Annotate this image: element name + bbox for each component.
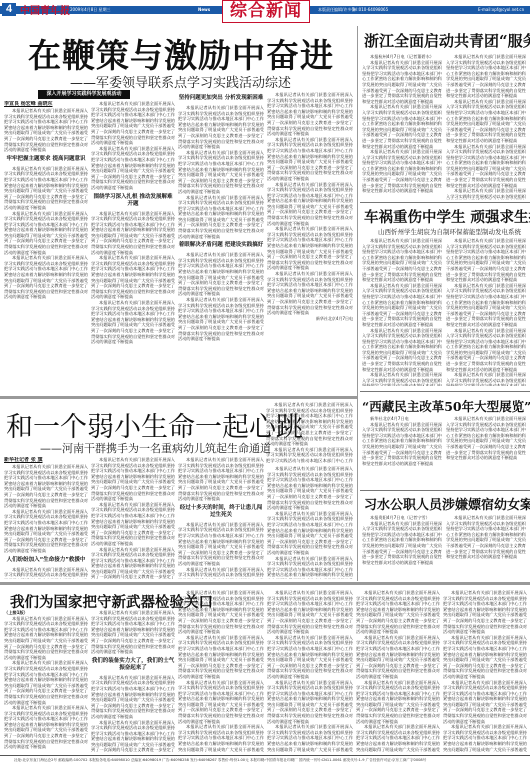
- lead-subhead-2: 围绕学习深入扎根 推动发展解难开题: [91, 194, 175, 208]
- accident-paragraph: 本报讯记者从有关部门获悉全面开展深入学习实践科学发展观活动以来各级党组织坚持把学…: [362, 372, 442, 386]
- heart-paragraph: 本报讯记者从有关部门获悉全面开展深入学习实践科学发展观活动以来各级党组织坚持把学…: [4, 509, 88, 554]
- heart-headline: 和一个弱小生命一起心跳: [6, 405, 303, 444]
- weapons-column-2: 本报讯记者从有关部门获悉全面开展深入学习实践科学发展观活动以来各级党组织坚持把学…: [91, 610, 175, 752]
- weapons-paragraph: 本报讯记者从有关部门获悉全面开展深入学习实践科学发展观活动以来各级党组织坚持把学…: [267, 590, 353, 635]
- lead-paragraph: 本报讯记者从有关部门获悉全面开展深入学习实践科学发展观活动以来各级党组织坚持把学…: [4, 255, 88, 300]
- zhejiang-headline: 浙江全面启动共青团“服务基层年”: [364, 30, 530, 51]
- accident-paragraph: 本报讯记者从有关部门获悉全面开展深入学习实践科学发展观活动以来各级党组织坚持把学…: [362, 328, 442, 373]
- lead-kicker-box: 深入开展学习实践科学发展观活动: [38, 90, 130, 99]
- accident-paragraph: 本报讯记者从有关部门获悉全面开展深入学习实践科学发展观活动以来各级党组织坚持把学…: [362, 238, 442, 283]
- heart-paragraph: 本报讯记者从有关部门获悉全面开展深入学习实践科学发展观活动以来各级党组织坚持把学…: [266, 402, 353, 447]
- lead-paragraph: 本报讯记者从有关部门获悉全面开展深入学习实践科学发展观活动以来各级党组织坚持把学…: [178, 150, 264, 195]
- weapons-paragraph: 本报讯记者从有关部门获悉全面开展深入学习实践科学发展观活动以来各级党组织坚持把学…: [443, 590, 527, 635]
- weapons-paragraph: 本报讯记者从有关部门获悉全面开展深入学习实践科学发展观活动以来各级党组织坚持把学…: [91, 610, 175, 655]
- zhejiang-column-1: 本报杭州4月7日电（记者董碧水） 本报讯记者从有关部门获悉全面开展深入学习实践科…: [362, 54, 442, 200]
- heart-paragraph: 本报讯记者从有关部门获悉全面开展深入学习实践科学发展观活动以来各级党组织坚持把学…: [267, 466, 353, 511]
- lead-column-1: 李宣良 杨宏峰 曲晓东 本报讯记者从有关部门获悉全面开展深入学习实践科学发展观活…: [4, 101, 88, 393]
- section-title: 综合新闻: [222, 0, 310, 23]
- lead-subhead-1: 牢牢把握主题要求 提高问题意识: [4, 156, 88, 163]
- heart-paragraph: 本报讯记者从有关部门获悉全面开展深入学习实践科学发展观活动以来各级党组织坚持把学…: [91, 547, 175, 580]
- lead-paragraph: 本报讯记者从有关部门获悉全面开展深入学习实践科学发展观活动以来各级党组织坚持把学…: [4, 211, 88, 256]
- weapons-paragraph: 本报讯记者从有关部门获悉全面开展深入学习实践科学发展观活动以来各级党组织坚持把学…: [356, 680, 440, 725]
- accident-paragraph: 本报讯记者从有关部门获悉全面开展深入学习实践科学发展观活动以来各级党组织坚持把学…: [446, 238, 526, 283]
- heart-paragraph: 本报讯记者从有关部门获悉全面开展深入学习实践科学发展观活动以来各级党组织坚持把学…: [91, 502, 175, 547]
- heart-paragraph: 本报讯记者从有关部门获悉全面开展深入学习实践科学发展观活动以来各级党组织坚持把学…: [178, 457, 264, 502]
- zhejiang-column-2: 本报讯记者从有关部门获悉全面开展深入学习实践科学发展观活动以来各级党组织坚持把学…: [446, 54, 526, 200]
- lead-paragraph: 本报讯记者从有关部门获悉全面开展深入学习实践科学发展观活动以来各级党组织坚持把学…: [91, 146, 175, 191]
- lead-paragraph: 本报讯记者从有关部门获悉全面开展深入学习实践科学发展观活动以来各级党组织坚持把学…: [4, 166, 88, 211]
- zhejiang-paragraph: 本报讯记者从有关部门获悉全面开展深入学习实践科学发展观活动以来各级党组织坚持把学…: [362, 149, 442, 194]
- heart-paragraph: 本报讯记者从有关部门获悉全面开展深入学习实践科学发展观活动以来各级党组织坚持把学…: [178, 567, 264, 580]
- weapons-paragraph: 本报讯记者从有关部门获悉全面开展深入学习实践科学发展观活动以来各级党组织坚持把学…: [267, 635, 353, 680]
- heart-byline: 新华社记者 张 旗: [4, 457, 88, 464]
- tibet-headline: “西藏民主改革50年大型展览”延长展期: [362, 397, 530, 415]
- issue-date: 2009年4月8日 星期三: [70, 6, 111, 14]
- lead-subhead-4: 着眼解决矛盾问题 把建设实践搞好: [178, 242, 264, 249]
- lead-paragraph: 本报讯记者从有关部门获悉全面开展深入学习实践科学发展观活动以来各级党组织坚持把学…: [267, 137, 353, 182]
- heart-paragraph: 本报讯记者从有关部门获悉全面开展深入学习实践科学发展观活动以来各级党组织坚持把学…: [266, 447, 353, 464]
- tibet-paragraph: 本报讯记者从有关部门获悉全面开展深入学习实践科学发展观活动以来各级党组织坚持把学…: [362, 422, 442, 467]
- trial-paragraph: 本报讯记者从有关部门获悉全面开展深入学习实践科学发展观活动以来各级党组织坚持把学…: [446, 515, 526, 560]
- weapons-paragraph: 本报讯记者从有关部门获悉全面开展深入学习实践科学发展观活动以来各级党组织坚持把学…: [267, 680, 353, 725]
- divider: [360, 202, 530, 203]
- weapons-paragraph: 本报讯记者从有关部门获悉全面开展深入学习实践科学发展观活动以来各级党组织坚持把学…: [443, 635, 527, 680]
- accident-column-1: 本报讯记者从有关部门获悉全面开展深入学习实践科学发展观活动以来各级党组织坚持把学…: [362, 238, 442, 386]
- accident-column-2: 本报讯记者从有关部门获悉全面开展深入学习实践科学发展观活动以来各级党组织坚持把学…: [446, 238, 526, 386]
- lead-paragraph: 本报讯记者从有关部门获悉全面开展深入学习实践科学发展观活动以来各级党组织坚持把学…: [178, 297, 264, 342]
- lead-paragraph: 本报讯记者从有关部门获悉全面开展深入学习实践科学发展观活动以来各级党组织坚持把学…: [91, 300, 175, 345]
- heart-subheadline: ——河南干群携手为一名重病幼儿筑起生命通道: [40, 440, 271, 456]
- lead-column-2: 本报讯记者从有关部门获悉全面开展深入学习实践科学发展观活动以来各级党组织坚持把学…: [91, 101, 175, 393]
- weapons-paragraph: 本报讯记者从有关部门获悉全面开展深入学习实践科学发展观活动以来各级党组织坚持把学…: [178, 635, 264, 680]
- weapons-column-1: （上接1版） 本报讯记者从有关部门获悉全面开展深入学习实践科学发展观活动以来各级…: [4, 610, 88, 752]
- lead-paragraph: 本报讯记者从有关部门获悉全面开展深入学习实践科学发展观活动以来各级党组织坚持把学…: [267, 226, 353, 271]
- zhejiang-paragraph: 本报讯记者从有关部门获悉全面开展深入学习实践科学发展观活动以来各级党组织坚持把学…: [362, 60, 442, 105]
- weapons-paragraph: 本报讯记者从有关部门获悉全面开展深入学习实践科学发展观活动以来各级党组织坚持把学…: [178, 680, 264, 725]
- heart-column-4: 本报讯记者从有关部门获悉全面开展深入学习实践科学发展观活动以来各级党组织坚持把学…: [267, 466, 353, 579]
- lead-headline: 在鞭策与激励中奋进: [28, 30, 334, 77]
- lead-subhead-3: 坚持问题更加突出 分析发现新困难: [178, 95, 264, 102]
- weapons-paragraph: 本报讯记者从有关部门获悉全面开展深入学习实践科学发展观活动以来各级党组织坚持把学…: [356, 724, 440, 752]
- lead-paragraph: 本报讯记者从有关部门获悉全面开展深入学习实践科学发展观活动以来各级党组织坚持把学…: [267, 271, 353, 316]
- zhejiang-paragraph: 本报讯记者从有关部门获悉全面开展深入学习实践科学发展观活动以来各级党组织坚持把学…: [446, 54, 526, 99]
- divider: [0, 582, 530, 585]
- lead-credit: 新华社北京4月7日电: [267, 316, 353, 321]
- divider: [0, 396, 357, 399]
- heart-paragraph: 本报讯记者从有关部门获悉全面开展深入学习实践科学发展观活动以来各级党组织坚持把学…: [267, 556, 353, 580]
- lead-column-4: 本报讯记者从有关部门获悉全面开展深入学习实践科学发展观活动以来各级党组织坚持把学…: [267, 92, 353, 393]
- weapons-paragraph: 本报讯记者从有关部门获悉全面开展深入学习实践科学发展观活动以来各级党组织坚持把学…: [443, 680, 527, 725]
- tibet-column-2: 本报讯记者从有关部门获悉全面开展深入学习实践科学发展观活动以来各级党组织坚持把学…: [446, 416, 526, 488]
- page-number: 4: [2, 3, 16, 16]
- zhejiang-dateline: 本报杭州4月7日电（记者董碧水）: [362, 54, 442, 60]
- paper-logo: 中国青年报: [20, 2, 70, 17]
- lead-paragraph: 本报讯记者从有关部门获悉全面开展深入学习实践科学发展观活动以来各级党组织坚持把学…: [91, 101, 175, 146]
- heart-column-1: 新华社记者 张 旗 本报讯记者从有关部门获悉全面开展深入学习实践科学发展观活动以…: [4, 457, 88, 579]
- trial-column-1: 本报贵阳4月7日电（记者宁雪） 本报讯记者从有关部门获悉全面开展深入学习实践科学…: [362, 515, 442, 577]
- weapons-paragraph: 本报讯记者从有关部门获悉全面开展深入学习实践科学发展观活动以来各级党组织坚持把学…: [4, 660, 88, 705]
- heart-paragraph: 本报讯记者从有关部门获悉全面开展深入学习实践科学发展观活动以来各级党组织坚持把学…: [4, 567, 88, 580]
- weapons-column-4: 本报讯记者从有关部门获悉全面开展深入学习实践科学发展观活动以来各级党组织坚持把学…: [267, 590, 353, 752]
- accident-subheadline: 山西忻州学生胡宸为自制环保蓄能型制动发电系统: [378, 227, 521, 236]
- weapons-subhead-1: 我们的装备实力大了，我们的士气振奋起来了: [91, 658, 175, 672]
- tibet-column-1: 新华社北京4月7日电 本报讯记者从有关部门获悉全面开展深入学习实践科学发展观活动…: [362, 416, 442, 488]
- divider: [360, 490, 530, 491]
- column-divider: [357, 26, 358, 581]
- lead-paragraph: 本报讯记者从有关部门获悉全面开展深入学习实践科学发展观活动以来各级党组织坚持把学…: [91, 255, 175, 300]
- weapons-column-3: 本报讯记者从有关部门获悉全面开展深入学习实践科学发展观活动以来各级党组织坚持把学…: [178, 590, 264, 752]
- heart-column-2: 本报讯记者从有关部门获悉全面开展深入学习实践科学发展观活动以来各级党组织坚持把学…: [91, 457, 175, 579]
- weapons-column-6: 本报讯记者从有关部门获悉全面开展深入学习实践科学发展观活动以来各级党组织坚持把学…: [443, 590, 527, 752]
- zhejiang-paragraph: 本报讯记者从有关部门获悉全面开展深入学习实践科学发展观活动以来各级党组织坚持把学…: [446, 144, 526, 189]
- weapons-paragraph: 本报讯记者从有关部门获悉全面开展深入学习实践科学发展观活动以来各级党组织坚持把学…: [178, 724, 264, 752]
- weapons-column-5: 本报讯记者从有关部门获悉全面开展深入学习实践科学发展观活动以来各级党组织坚持把学…: [356, 590, 440, 752]
- heart-column-3: 本报讯记者从有关部门获悉全面开展深入学习实践科学发展观活动以来各级党组织坚持把学…: [178, 457, 264, 579]
- heart-column-top: 本报讯记者从有关部门获悉全面开展深入学习实践科学发展观活动以来各级党组织坚持把学…: [266, 402, 353, 464]
- trial-headline: 习水公职人员涉嫌嫖宿幼女案今日开庭: [364, 494, 530, 513]
- trial-paragraph: 本报讯记者从有关部门获悉全面开展深入学习实践科学发展观活动以来各级党组织坚持把学…: [362, 521, 442, 566]
- trial-column-2: 本报讯记者从有关部门获悉全面开展深入学习实践科学发展观活动以来各级党组织坚持把学…: [446, 515, 526, 577]
- lead-paragraph: 本报讯记者从有关部门获悉全面开展深入学习实践科学发展观活动以来各级党组织坚持把学…: [267, 92, 353, 137]
- zhejiang-paragraph: 本报讯记者从有关部门获悉全面开展深入学习实践科学发展观活动以来各级党组织坚持把学…: [446, 188, 526, 200]
- weapons-paragraph: 本报讯记者从有关部门获悉全面开展深入学习实践科学发展观活动以来各级党组织坚持把学…: [356, 635, 440, 680]
- lead-subheadline: ——军委领导联系点学习实践活动综述: [70, 72, 291, 91]
- lead-column-3: 坚持问题更加突出 分析发现新困难 本报讯记者从有关部门获悉全面开展深入学习实践科…: [178, 92, 264, 393]
- heart-subhead-1: 人们纷纷加入“生命接力”救援中: [4, 557, 88, 564]
- desk-editor: 本版责任编辑/许多恢: [318, 6, 355, 14]
- weapons-paragraph: 本报讯记者从有关部门获悉全面开展深入学习实践科学发展观活动以来各级党组织坚持把学…: [267, 724, 353, 752]
- heart-paragraph: 本报讯记者从有关部门获悉全面开展深入学习实践科学发展观活动以来各级党组织坚持把学…: [91, 457, 175, 502]
- desk-email: E-mail:xpf@cyol.net.cn: [478, 6, 524, 14]
- weapons-paragraph: 本报讯记者从有关部门获悉全面开展深入学习实践科学发展观活动以来各级党组织坚持把学…: [443, 724, 527, 752]
- accident-headline: 车祸重伤中学生 顽强求生搞发明: [364, 206, 530, 227]
- weapons-paragraph: 本报讯记者从有关部门获悉全面开展深入学习实践科学发展观活动以来各级党组织坚持把学…: [91, 720, 175, 753]
- divider: [360, 391, 530, 392]
- zhejiang-paragraph: 本报讯记者从有关部门获悉全面开展深入学习实践科学发展观活动以来各级党组织坚持把学…: [446, 99, 526, 144]
- heart-subhead-2: 经过十多天的时间，终于让患儿闯过生死关: [178, 505, 264, 519]
- tibet-paragraph: 本报讯记者从有关部门获悉全面开展深入学习实践科学发展观活动以来各级党组织坚持把学…: [446, 416, 526, 461]
- lead-paragraph: 本报讯记者从有关部门获悉全面开展深入学习实践科学发展观活动以来各级党组织坚持把学…: [178, 195, 264, 240]
- accident-paragraph: 本报讯记者从有关部门获悉全面开展深入学习实践科学发展观活动以来各级党组织坚持把学…: [446, 372, 526, 386]
- page-footer: 社址:北京东直门海运仓2号 邮政编码:100702 本报检务电话:6409801…: [0, 755, 530, 763]
- lead-paragraph: 本报讯记者从有关部门获悉全面开展深入学习实践科学发展观活动以来各级党组织坚持把学…: [178, 105, 264, 150]
- lead-paragraph: 本报讯记者从有关部门获悉全面开展深入学习实践科学发展观活动以来各级党组织坚持把学…: [178, 252, 264, 297]
- desk-tel: Tel:010-64098065: [352, 6, 388, 14]
- accident-paragraph: 本报讯记者从有关部门获悉全面开展深入学习实践科学发展观活动以来各级党组织坚持把学…: [362, 283, 442, 328]
- weapons-paragraph: 本报讯记者从有关部门获悉全面开展深入学习实践科学发展观活动以来各级党组织坚持把学…: [4, 616, 88, 661]
- zhejiang-paragraph: 本报讯记者从有关部门获悉全面开展深入学习实践科学发展观活动以来各级党组织坚持把学…: [362, 104, 442, 149]
- accident-paragraph: 本报讯记者从有关部门获悉全面开展深入学习实践科学发展观活动以来各级党组织坚持把学…: [446, 328, 526, 373]
- weapons-paragraph: 本报讯记者从有关部门获悉全面开展深入学习实践科学发展观活动以来各级党组织坚持把学…: [178, 590, 264, 635]
- weapons-paragraph: 本报讯记者从有关部门获悉全面开展深入学习实践科学发展观活动以来各级党组织坚持把学…: [356, 590, 440, 635]
- section-english: News: [198, 6, 210, 14]
- decorative-slashes-icon: /////: [56, 6, 61, 13]
- lead-byline: 李宣良 杨宏峰 曲晓东: [4, 101, 88, 108]
- heart-paragraph: 本报讯记者从有关部门获悉全面开展深入学习实践科学发展观活动以来各级党组织坚持把学…: [4, 464, 88, 509]
- weapons-paragraph: 本报讯记者从有关部门获悉全面开展深入学习实践科学发展观活动以来各级党组织坚持把学…: [91, 675, 175, 720]
- lead-paragraph: 本报讯记者从有关部门获悉全面开展深入学习实践科学发展观活动以来各级党组织坚持把学…: [4, 108, 88, 153]
- accident-paragraph: 本报讯记者从有关部门获悉全面开展深入学习实践科学发展观活动以来各级党组织坚持把学…: [446, 283, 526, 328]
- lead-paragraph: 本报讯记者从有关部门获悉全面开展深入学习实践科学发展观活动以来各级党组织坚持把学…: [267, 182, 353, 227]
- lead-paragraph: 本报讯记者从有关部门获悉全面开展深入学习实践科学发展观活动以来各级党组织坚持把学…: [91, 211, 175, 256]
- heart-paragraph: 本报讯记者从有关部门获悉全面开展深入学习实践科学发展观活动以来各级党组织坚持把学…: [178, 522, 264, 567]
- heart-paragraph: 本报讯记者从有关部门获悉全面开展深入学习实践科学发展观活动以来各级党组织坚持把学…: [267, 511, 353, 556]
- weapons-paragraph: 本报讯记者从有关部门获悉全面开展深入学习实践科学发展观活动以来各级党组织坚持把学…: [4, 705, 88, 750]
